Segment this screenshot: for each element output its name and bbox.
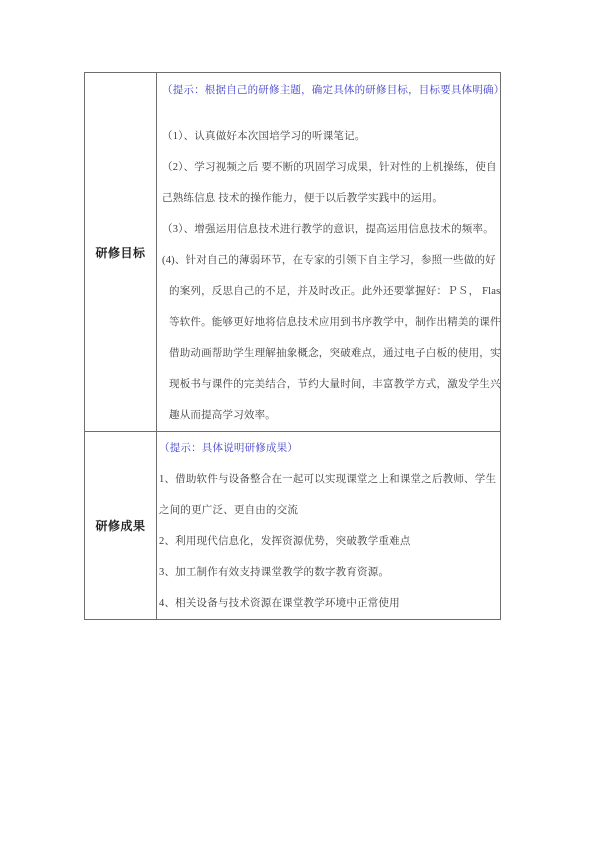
table-row-results: 研修成果 （提示：具体说明研修成果） 1、借助软件与设备整合在一起可以实现课堂之… — [85, 431, 500, 619]
text-line: 借助动画帮助学生理解抽象概念，突破难点，通过电子白板的使用，实 — [162, 338, 498, 369]
results-content-cell: （提示：具体说明研修成果） 1、借助软件与设备整合在一起可以实现课堂之上和课堂之… — [157, 432, 500, 619]
goals-hint-text: （提示：根据自己的研修主题，确定具体的研修目标，目标要具体明确） — [162, 75, 498, 106]
text-line: 现板书与课件的完美结合，节约大量时间，丰富教学方式，激发学生兴 — [162, 369, 498, 400]
text-line: （2）、学习视频之后 要不断的巩固学习成果，针对性的上机操练，使自 — [162, 152, 498, 183]
text-line: 趣从而提高学习效率。 — [162, 400, 498, 431]
text-line: 1、借助软件与设备整合在一起可以实现课堂之上和课堂之后教师、学生 — [159, 464, 498, 495]
text-line: （1）、认真做好本次国培学习的听课笔记。 — [162, 121, 498, 152]
text-line: 之间的更广泛、更自由的交流 — [159, 495, 498, 526]
row-label-results: 研修成果 — [85, 432, 157, 619]
training-plan-table: 研修目标 （提示：根据自己的研修主题，确定具体的研修目标，目标要具体明确） （1… — [84, 72, 501, 620]
text-line: 2、利用现代信息化，发挥资源优势，突破教学重难点 — [159, 526, 498, 557]
row-label-goals: 研修目标 — [85, 73, 157, 431]
text-line: 的案列，反思自己的不足，并及时改正。此外还要掌握好：ＰＳ， Flash — [162, 276, 498, 307]
text-line: 4、相关设备与技术资源在课堂教学环境中正常使用 — [159, 588, 498, 619]
results-hint-text: （提示：具体说明研修成果） — [159, 433, 498, 464]
goals-content-cell: （提示：根据自己的研修主题，确定具体的研修目标，目标要具体明确） （1）、认真做… — [157, 73, 500, 431]
text-line: 3、加工制作有效支持课堂教学的数字教育资源。 — [159, 557, 498, 588]
text-line: (4)、针对自己的薄弱环节，在专家的引领下自主学习，参照一些做的好 — [162, 245, 498, 276]
table-row-goals: 研修目标 （提示：根据自己的研修主题，确定具体的研修目标，目标要具体明确） （1… — [85, 73, 500, 431]
document-page: 研修目标 （提示：根据自己的研修主题，确定具体的研修目标，目标要具体明确） （1… — [0, 0, 595, 842]
text-line: 己熟练信息 技术的操作能力，便于以后教学实践中的运用。 — [162, 183, 498, 214]
text-line: 等软件。能够更好地将信息技术应用到书序教学中，制作出精美的课件， — [162, 307, 498, 338]
text-line: （3）、增强运用信息技术进行教学的意识，提高运用信息技术的频率。 — [162, 214, 498, 245]
